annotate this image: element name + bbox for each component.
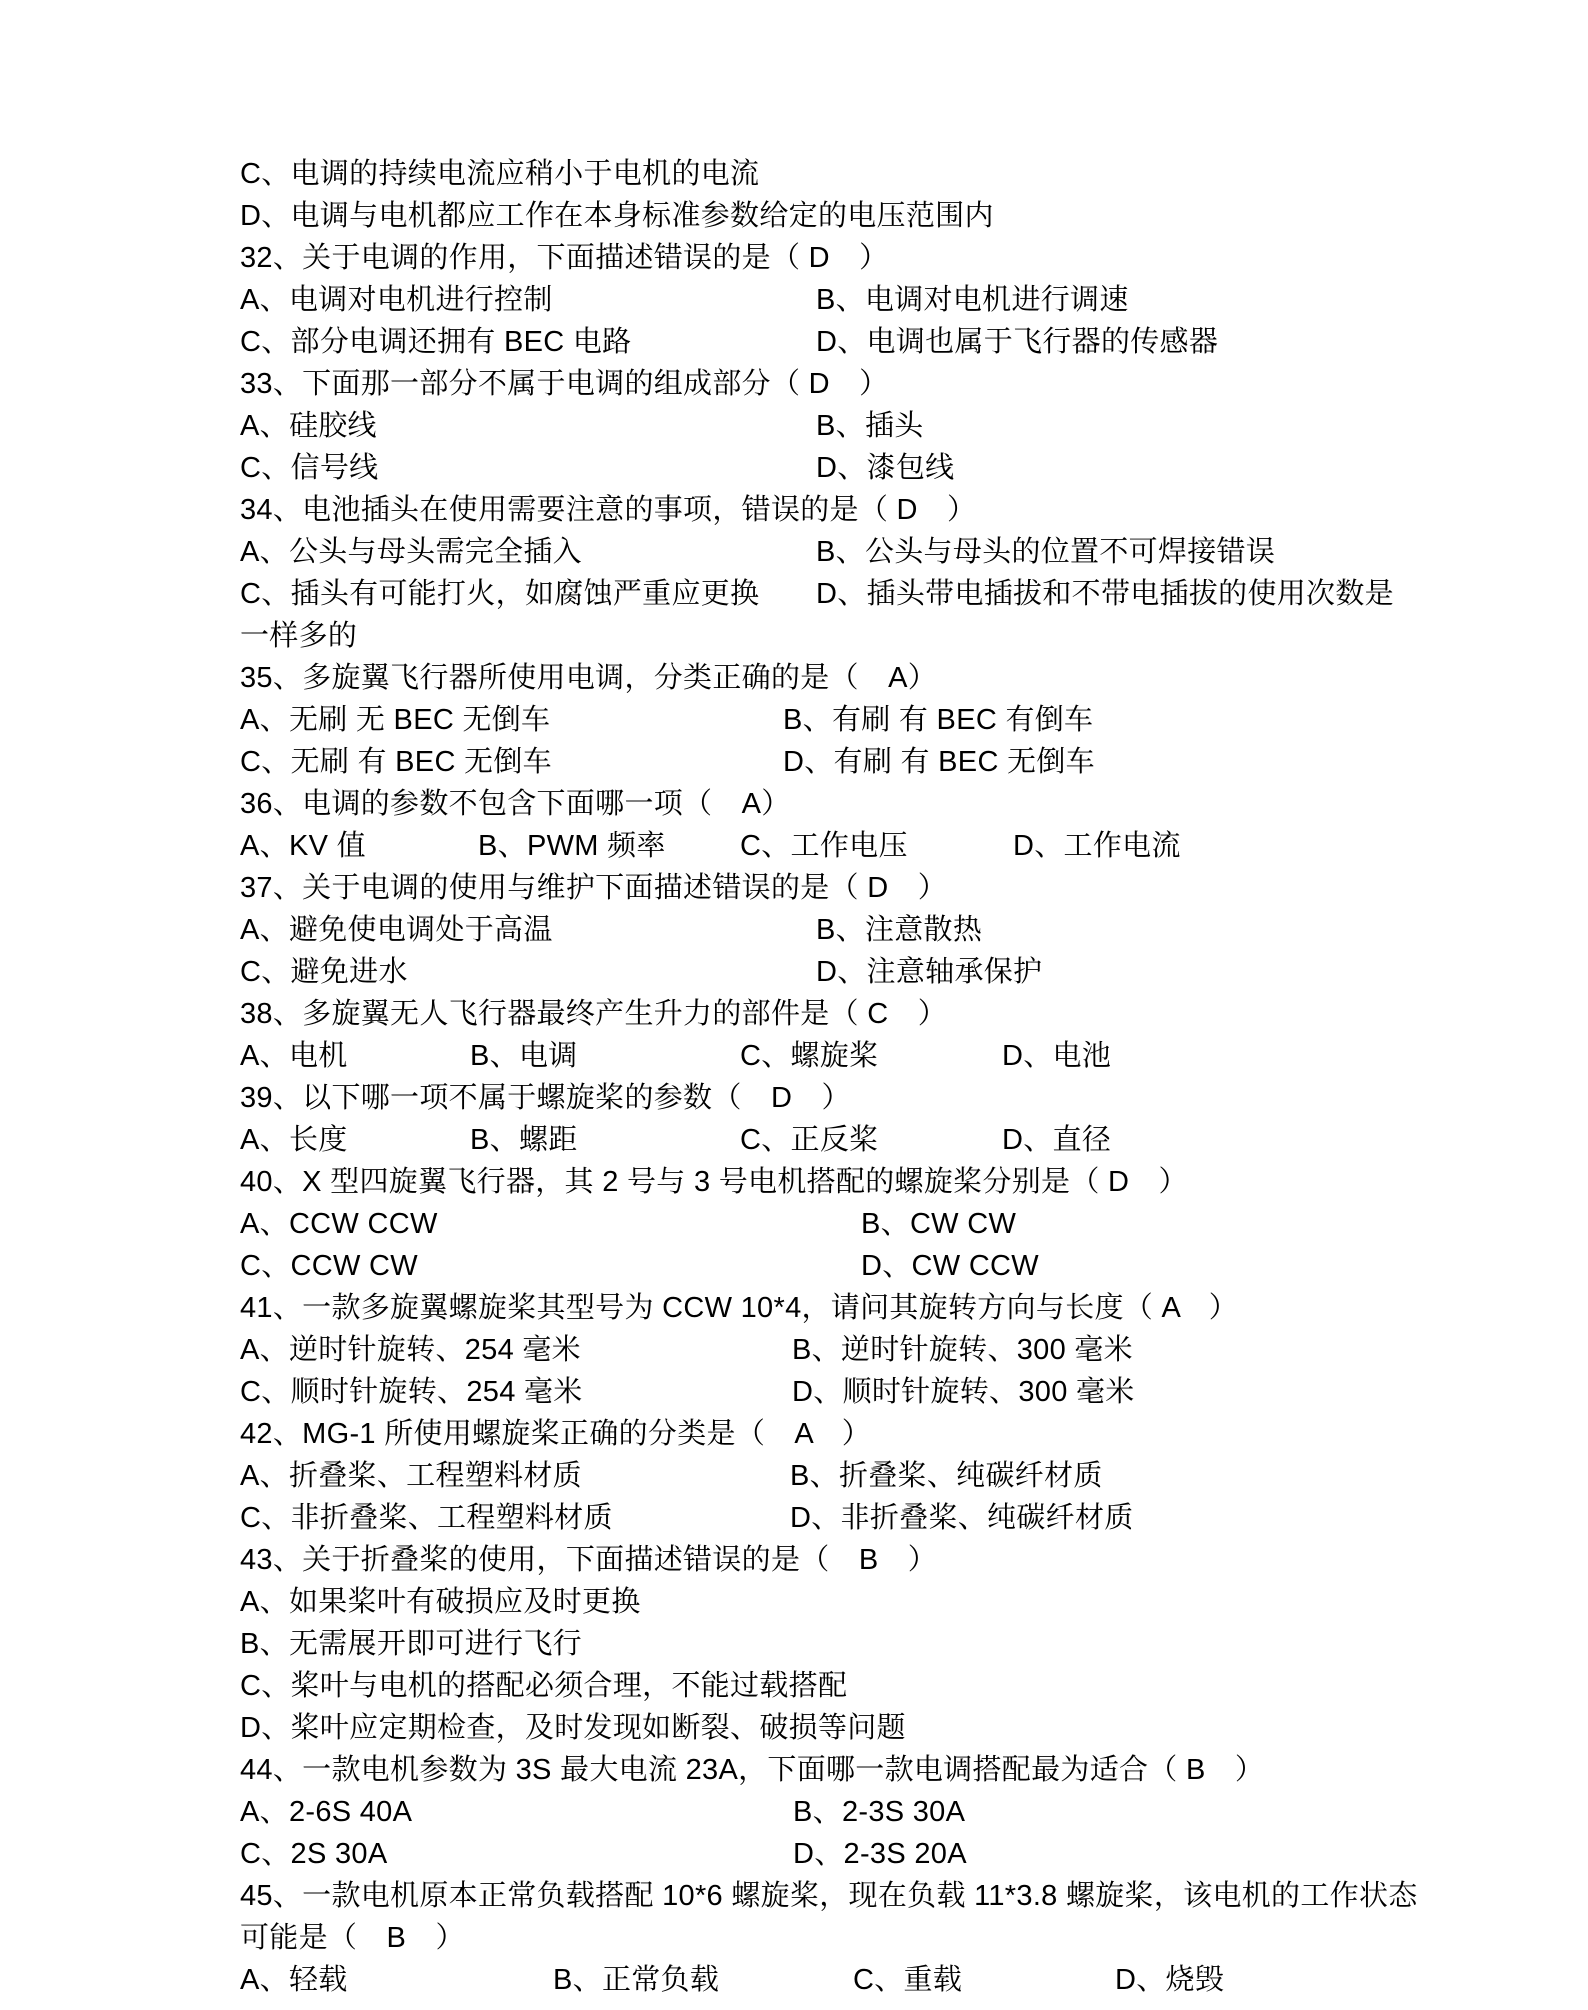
q39-options: A、长度B、螺距C、正反桨D、直径 [0,1119,1588,1161]
text-segment: A、避免使电调处于高温 [240,909,553,951]
q36-title: 36、电调的参数不包含下面哪一项（ A） [0,783,1588,825]
q35-options-cd: C、无刷 有 BEC 无倒车D、有刷 有 BEC 无倒车 [0,741,1588,783]
text-segment: B、2-3S 30A [793,1791,965,1833]
text-segment: B、电调 [470,1035,578,1077]
text-segment: C、信号线 [240,447,378,489]
text-segment: 43、关于折叠桨的使用，下面描述错误的是（ B ） [240,1539,937,1581]
text-segment: D、2-3S 20A [793,1833,967,1875]
text-segment: A、KV 值 [240,825,366,867]
q34-option-d-continuation: 一样多的 [0,615,1588,657]
q37-title: 37、关于电调的使用与维护下面描述错误的是（ D ） [0,867,1588,909]
q44-options-ab: A、2-6S 40AB、2-3S 30A [0,1791,1588,1833]
text-segment: B、电调对电机进行调速 [816,279,1129,321]
q33-options-cd: C、信号线D、漆包线 [0,447,1588,489]
q40-options-ab: A、CCW CCWB、CW CW [0,1203,1588,1245]
text-segment: D、电调与电机都应工作在本身标准参数给定的电压范围内 [240,195,994,237]
text-segment: C、工作电压 [740,825,908,867]
q40-options-cd: C、CCW CWD、CW CCW [0,1245,1588,1287]
text-segment: C、2S 30A [240,1833,387,1875]
text-segment: B、插头 [816,405,924,447]
q34-options-ab: A、公头与母头需完全插入B、公头与母头的位置不可焊接错误 [0,531,1588,573]
text-segment: D、CW CCW [861,1245,1039,1287]
text-segment: C、电调的持续电流应稍小于电机的电流 [240,153,759,195]
q43-option-b: B、无需展开即可进行飞行 [0,1623,1588,1665]
text-segment: C、桨叶与电机的搭配必须合理，不能过载搭配 [240,1665,847,1707]
text-segment: 36、电调的参数不包含下面哪一项（ A） [240,783,791,825]
text-segment: 40、X 型四旋翼飞行器，其 2 号与 3 号电机搭配的螺旋桨分别是（ D ） [240,1161,1188,1203]
exam-document-page: C、电调的持续电流应稍小于电机的电流D、电调与电机都应工作在本身标准参数给定的电… [0,0,1588,2010]
q41-title: 41、一款多旋翼螺旋桨其型号为 CCW 10*4，请问其旋转方向与长度（ A ） [0,1287,1588,1329]
text-segment: B、螺距 [470,1119,578,1161]
text-segment: D、插头带电插拔和不带电插拔的使用次数是 [816,573,1394,615]
text-segment: B、正常负载 [553,1959,719,2001]
q42-options-ab: A、折叠桨、工程塑料材质B、折叠桨、纯碳纤材质 [0,1455,1588,1497]
text-segment: D、桨叶应定期检查，及时发现如断裂、破损等问题 [240,1707,906,1749]
text-segment: D、工作电流 [1013,825,1181,867]
q43-option-c: C、桨叶与电机的搭配必须合理，不能过载搭配 [0,1665,1588,1707]
text-segment: 39、以下哪一项不属于螺旋桨的参数（ D ） [240,1077,851,1119]
q43-title: 43、关于折叠桨的使用，下面描述错误的是（ B ） [0,1539,1588,1581]
text-segment: A、电机 [240,1035,348,1077]
q33-options-ab: A、硅胶线B、插头 [0,405,1588,447]
text-segment: C、避免进水 [240,951,408,993]
text-segment: C、重载 [853,1959,962,2001]
q44-title: 44、一款电机参数为 3S 最大电流 23A，下面哪一款电调搭配最为适合（ B … [0,1749,1588,1791]
text-segment: B、PWM 频率 [478,825,666,867]
text-segment: 一样多的 [240,615,357,657]
q39-title: 39、以下哪一项不属于螺旋桨的参数（ D ） [0,1077,1588,1119]
q41-options-cd: C、顺时针旋转、254 毫米D、顺时针旋转、300 毫米 [0,1371,1588,1413]
q42-title: 42、MG-1 所使用螺旋桨正确的分类是（ A ） [0,1413,1588,1455]
text-segment: A、如果桨叶有破损应及时更换 [240,1581,641,1623]
text-segment: A、硅胶线 [240,405,377,447]
q40-title: 40、X 型四旋翼飞行器，其 2 号与 3 号电机搭配的螺旋桨分别是（ D ） [0,1161,1588,1203]
text-segment: B、逆时针旋转、300 毫米 [792,1329,1133,1371]
q35-options-ab: A、无刷 无 BEC 无倒车B、有刷 有 BEC 有倒车 [0,699,1588,741]
text-segment: C、插头有可能打火，如腐蚀严重应更换 [240,573,759,615]
q38-title: 38、多旋翼无人飞行器最终产生升力的部件是（ C ） [0,993,1588,1035]
q35-title: 35、多旋翼飞行器所使用电调，分类正确的是（ A） [0,657,1588,699]
text-segment: C、CCW CW [240,1245,418,1287]
text-segment: 42、MG-1 所使用螺旋桨正确的分类是（ A ） [240,1413,871,1455]
text-segment: A、2-6S 40A [240,1791,412,1833]
q31-option-c: C、电调的持续电流应稍小于电机的电流 [0,153,1588,195]
text-segment: A、轻载 [240,1959,348,2001]
text-segment: B、CW CW [861,1203,1016,1245]
q33-title: 33、下面那一部分不属于电调的组成部分（ D ） [0,363,1588,405]
q45-title-continuation: 可能是（ B ） [0,1917,1588,1959]
text-segment: D、有刷 有 BEC 无倒车 [783,741,1095,783]
text-segment: C、部分电调还拥有 BEC 电路 [240,321,632,363]
q44-options-cd: C、2S 30AD、2-3S 20A [0,1833,1588,1875]
q36-options: A、KV 值B、PWM 频率C、工作电压D、工作电流 [0,825,1588,867]
text-segment: D、注意轴承保护 [816,951,1042,993]
q43-option-a: A、如果桨叶有破损应及时更换 [0,1581,1588,1623]
q43-option-d: D、桨叶应定期检查，及时发现如断裂、破损等问题 [0,1707,1588,1749]
q42-options-cd: C、非折叠桨、工程塑料材质D、非折叠桨、纯碳纤材质 [0,1497,1588,1539]
text-segment: 33、下面那一部分不属于电调的组成部分（ D ） [240,363,888,405]
text-segment: B、注意散热 [816,909,982,951]
text-segment: D、非折叠桨、纯碳纤材质 [790,1497,1134,1539]
text-segment: D、顺时针旋转、300 毫米 [792,1371,1135,1413]
q32-title: 32、关于电调的作用，下面描述错误的是（ D ） [0,237,1588,279]
text-segment: 44、一款电机参数为 3S 最大电流 23A，下面哪一款电调搭配最为适合（ B … [240,1749,1264,1791]
q32-options-cd: C、部分电调还拥有 BEC 电路D、电调也属于飞行器的传感器 [0,321,1588,363]
q38-options: A、电机B、电调C、螺旋桨D、电池 [0,1035,1588,1077]
q37-options-cd: C、避免进水D、注意轴承保护 [0,951,1588,993]
text-segment: D、电调也属于飞行器的传感器 [816,321,1218,363]
q45-options: A、轻载B、正常负载C、重载D、烧毁 [0,1959,1588,2001]
text-segment: 35、多旋翼飞行器所使用电调，分类正确的是（ A） [240,657,937,699]
text-segment: D、烧毁 [1115,1959,1224,2001]
text-segment: C、顺时针旋转、254 毫米 [240,1371,583,1413]
text-segment: B、折叠桨、纯碳纤材质 [790,1455,1103,1497]
q32-options-ab: A、电调对电机进行控制B、电调对电机进行调速 [0,279,1588,321]
q41-options-ab: A、逆时针旋转、254 毫米B、逆时针旋转、300 毫米 [0,1329,1588,1371]
text-segment: D、漆包线 [816,447,954,489]
q34-options-cd: C、插头有可能打火，如腐蚀严重应更换D、插头带电插拔和不带电插拔的使用次数是 [0,573,1588,615]
text-segment: A、无刷 无 BEC 无倒车 [240,699,550,741]
text-segment: A、CCW CCW [240,1203,438,1245]
text-segment: C、正反桨 [740,1119,878,1161]
text-segment: D、直径 [1002,1119,1111,1161]
q45-title: 45、一款电机原本正常负载搭配 10*6 螺旋桨，现在负载 11*3.8 螺旋桨… [0,1875,1588,1917]
text-segment: B、无需展开即可进行飞行 [240,1623,582,1665]
q37-options-ab: A、避免使电调处于高温B、注意散热 [0,909,1588,951]
text-segment: C、螺旋桨 [740,1035,878,1077]
text-segment: D、电池 [1002,1035,1111,1077]
text-segment: A、折叠桨、工程塑料材质 [240,1455,582,1497]
text-segment: 可能是（ B ） [240,1917,465,1959]
text-segment: A、公头与母头需完全插入 [240,531,582,573]
text-segment: C、无刷 有 BEC 无倒车 [240,741,552,783]
text-segment: 45、一款电机原本正常负载搭配 10*6 螺旋桨，现在负载 11*3.8 螺旋桨… [240,1875,1418,1917]
text-segment: 37、关于电调的使用与维护下面描述错误的是（ D ） [240,867,947,909]
text-segment: B、有刷 有 BEC 有倒车 [783,699,1093,741]
q31-option-d: D、电调与电机都应工作在本身标准参数给定的电压范围内 [0,195,1588,237]
text-segment: 41、一款多旋翼螺旋桨其型号为 CCW 10*4，请问其旋转方向与长度（ A ） [240,1287,1238,1329]
text-segment: A、逆时针旋转、254 毫米 [240,1329,581,1371]
text-segment: A、长度 [240,1119,348,1161]
text-segment: 32、关于电调的作用，下面描述错误的是（ D ） [240,237,888,279]
q34-title: 34、电池插头在使用需要注意的事项，错误的是（ D ） [0,489,1588,531]
text-segment: 34、电池插头在使用需要注意的事项，错误的是（ D ） [240,489,976,531]
text-segment: C、非折叠桨、工程塑料材质 [240,1497,613,1539]
text-segment: B、公头与母头的位置不可焊接错误 [816,531,1275,573]
text-segment: 38、多旋翼无人飞行器最终产生升力的部件是（ C ） [240,993,947,1035]
text-segment: A、电调对电机进行控制 [240,279,553,321]
